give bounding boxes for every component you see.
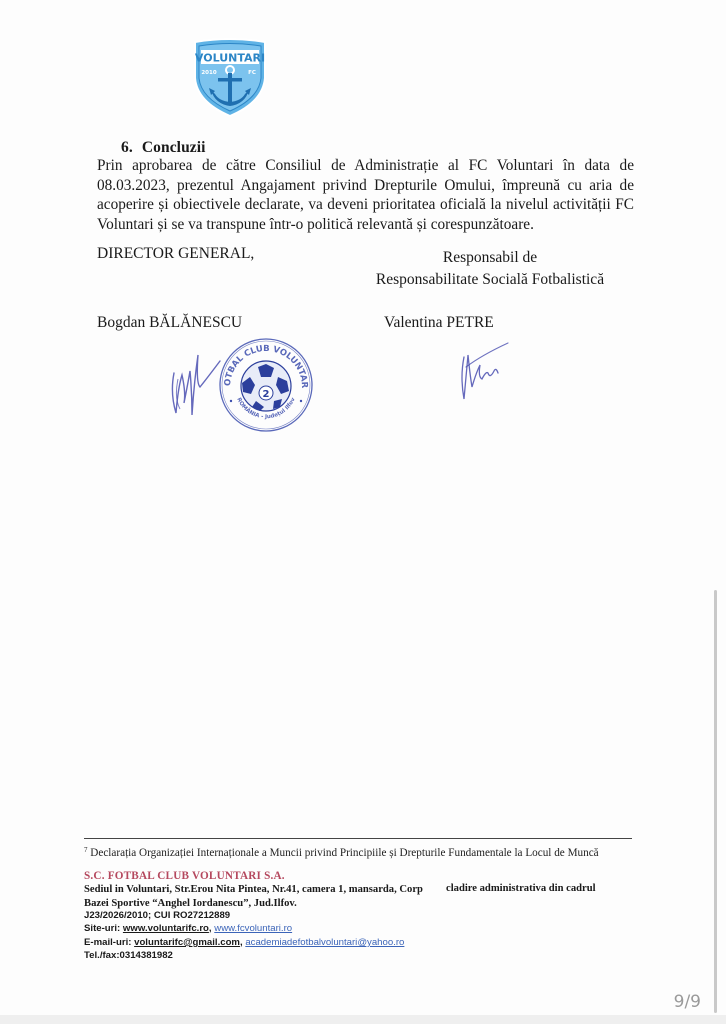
svg-text:FC: FC bbox=[248, 70, 256, 76]
footer-address: Sediul in Voluntari, Str.Erou Nita Pinte… bbox=[84, 883, 424, 910]
section-number: 6. bbox=[121, 139, 133, 156]
footer-sites: Site-uri: www.voluntarifc.ro, www.fcvolu… bbox=[84, 922, 604, 935]
section-title: Concluzii bbox=[142, 139, 206, 156]
svg-text:2010: 2010 bbox=[201, 70, 216, 76]
director-title: DIRECTOR GENERAL, bbox=[97, 245, 254, 263]
vertical-scrollbar[interactable] bbox=[714, 590, 717, 1013]
company-stamp-icon: S.C. FOTBAL CLUB VOLUNTARI S.A. ROMÂNIA … bbox=[218, 337, 314, 433]
footer-registration: J23/2026/2010; CUI RO27212889 bbox=[84, 909, 604, 922]
footer-company-name: S.C. FOTBAL CLUB VOLUNTARI S.A. bbox=[84, 870, 285, 882]
viewer-bottom-bar bbox=[0, 1015, 726, 1024]
site-link-fcvoluntari[interactable]: www.fcvoluntari.ro bbox=[214, 923, 292, 934]
signature-right-icon bbox=[452, 337, 510, 403]
director-name: Bogdan BĂLĂNESCU bbox=[97, 314, 242, 332]
footnote-marker: 7 bbox=[84, 846, 88, 854]
footer-phone: Tel./fax:0314381982 bbox=[84, 949, 604, 962]
sites-label: Site-uri: bbox=[84, 923, 123, 934]
svg-text:2: 2 bbox=[263, 389, 270, 400]
responsible-title-line2: Responsabilitate Socială Fotbalistică bbox=[362, 269, 618, 291]
footnote-divider bbox=[84, 838, 632, 839]
footnote: 7 Declarația Organizației Internaționale… bbox=[84, 843, 634, 860]
footer-address-line1: Sediul in Voluntari, Str.Erou Nita Pinte… bbox=[84, 883, 424, 897]
signature-left-icon bbox=[164, 343, 224, 423]
responsible-name: Valentina PETRE bbox=[384, 314, 494, 332]
responsible-title-line1: Responsabil de bbox=[362, 247, 618, 269]
conclusion-paragraph: Prin aprobarea de către Consiliul de Adm… bbox=[97, 156, 634, 234]
footer-address-extra: cladire administrativa din cadrul bbox=[446, 883, 596, 894]
footnote-text: Declarația Organizației Internaționale a… bbox=[90, 847, 598, 859]
fc-voluntari-crest-icon: VOLUNTARI 2010 FC bbox=[191, 38, 269, 118]
footer-address-line2: Bazei Sportive “Anghel Iordanescu”, Jud.… bbox=[84, 897, 424, 911]
email-link-gmail[interactable]: voluntarifc@gmail.com bbox=[134, 937, 240, 948]
svg-text:VOLUNTARI: VOLUNTARI bbox=[195, 52, 265, 65]
document-page: VOLUNTARI 2010 FC 6.Concluzii Prin aprob… bbox=[0, 0, 726, 1015]
emails-label: E-mail-uri: bbox=[84, 937, 134, 948]
site-link-voluntarifc[interactable]: www.voluntarifc.ro bbox=[123, 923, 209, 934]
footer-emails: E-mail-uri: voluntarifc@gmail.com, acade… bbox=[84, 936, 604, 949]
section-heading: 6.Concluzii bbox=[121, 139, 206, 157]
responsible-title: Responsabil de Responsabilitate Socială … bbox=[362, 247, 618, 291]
page-indicator: 9/9 bbox=[674, 992, 701, 1012]
email-link-yahoo[interactable]: academiadefotbalvoluntari@yahoo.ro bbox=[245, 937, 404, 948]
